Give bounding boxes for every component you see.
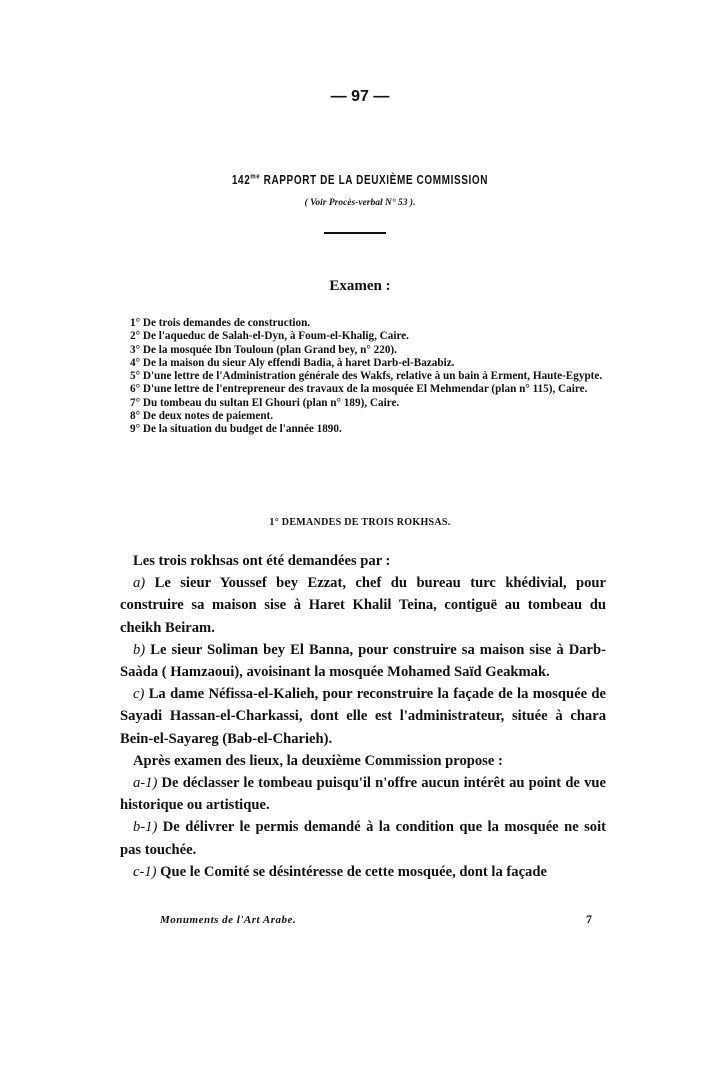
agenda-item: 3° De la mosquée Ibn Touloun (plan Grand… [118,344,608,357]
agenda-item: 4° De la maison du sieur Aly effendi Bad… [118,357,608,370]
item-label: c) [133,686,144,702]
agenda-list: 1° De trois demandes de construction. 2°… [118,317,608,437]
agenda-item: 7° Du tombeau du sultan El Ghouri (plan … [118,397,608,410]
agenda-item: 6° D'une lettre de l'entrepreneur des tr… [118,383,608,396]
agenda-item: 9° De la situation du budget de l'année … [118,423,608,436]
item-label: b-1) [133,819,157,835]
body-text: Les trois rokhsas ont été demandées par … [120,550,606,883]
agenda-item: 8° De deux notes de paiement. [118,410,608,423]
divider-rule [324,232,386,234]
request-paragraph-c: c) La dame Néfissa-el-Kalieh, pour recon… [120,683,606,750]
proposal-intro: Après examen des lieux, la deuxième Comm… [120,750,606,772]
report-title: 142me RAPPORT DE LA DEUXIÈME COMMISSION [0,174,720,188]
report-number: 142 [232,174,251,188]
signature-number: 7 [586,912,592,927]
report-subtitle: ( Voir Procès-verbal N° 53 ). [0,198,720,208]
item-label: c-1) [133,864,157,880]
agenda-item: 5° D'une lettre de l'Administration géné… [118,370,608,383]
agenda-item: 1° De trois demandes de construction. [118,317,608,330]
proposal-a1: a-1) De déclasser le tombeau puisqu'il n… [120,772,606,816]
report-suffix: me [250,174,260,182]
agenda-item: 2° De l'aqueduc de Salah-el-Dyn, à Foum-… [118,330,608,343]
footer-title: Monuments de l'Art Arabe. [160,914,296,926]
section-heading: 1° DEMANDES DE TROIS ROKHSAS. [0,517,720,528]
proposal-c1: c-1) Que le Comité se désintéresse de ce… [120,861,606,883]
page-number: — 97 — [0,88,720,106]
report-title-text: RAPPORT DE LA DEUXIÈME COMMISSION [260,174,488,188]
request-paragraph-a: a) Le sieur Youssef bey Ezzat, chef du b… [120,572,606,639]
proposal-b1: b-1) De délivrer le permis demandé à la … [120,816,606,860]
intro-paragraph: Les trois rokhsas ont été demandées par … [120,550,606,572]
request-paragraph-b: b) Le sieur Soliman bey El Banna, pour c… [120,639,606,683]
section-title: Examen : [0,278,720,295]
item-label: b) [133,642,145,658]
item-label: a) [133,575,145,591]
item-label: a-1) [133,775,157,791]
